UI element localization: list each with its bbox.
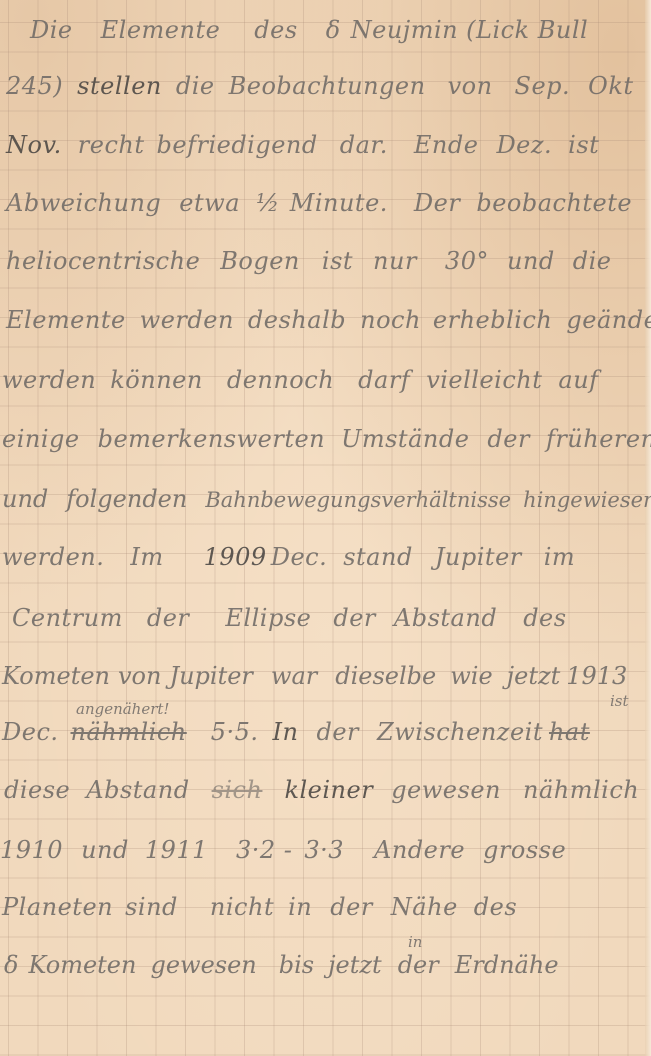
word: werden — [2, 366, 96, 394]
word: Elemente — [6, 306, 126, 334]
year: 1911 — [145, 836, 208, 864]
word: recht — [78, 131, 145, 159]
word: gewesen — [150, 951, 256, 979]
word: Die — [30, 16, 73, 44]
word: Ellipse — [225, 604, 311, 632]
word: In — [273, 718, 299, 746]
word: der — [147, 604, 190, 632]
word: deshalb — [248, 306, 346, 334]
word: Abstand — [86, 776, 189, 804]
word: Elemente — [101, 16, 221, 44]
word: (Lick Bull — [466, 16, 588, 44]
word: sind — [125, 893, 178, 921]
word: beobachtete — [476, 189, 632, 217]
word: nähmlich — [523, 776, 639, 804]
word: der — [398, 951, 439, 979]
text-line-7: werdenkönnendennochdarfvielleichtauf — [2, 366, 619, 394]
number: 5·5. — [211, 718, 259, 746]
word: des — [523, 604, 566, 632]
word: Neujmin — [351, 16, 459, 44]
text-line-5: heliocentrischeBogenistnur30°unddie — [6, 247, 632, 275]
word: und — [2, 485, 48, 513]
word: jetzt — [507, 662, 561, 690]
text-line-16: PlanetensindnichtinderNähedes — [2, 893, 537, 921]
text-line-15: 1910und19113·2 -3·3Anderegrosse — [0, 836, 586, 864]
word: Dec. — [2, 718, 59, 746]
text-line-10: werden.Im1909Dec.standJupiterim — [2, 543, 595, 571]
word: Okt — [588, 72, 633, 100]
word: werden — [140, 306, 234, 334]
word: Beobachtungen — [229, 72, 426, 100]
word: heliocentrische — [6, 247, 200, 275]
text-line-6: Elementewerdendeshalbnocherheblichgeände… — [6, 306, 651, 334]
word: Centrum — [12, 604, 123, 632]
text-line-11: CentrumderEllipsederAbstanddes — [12, 604, 587, 632]
word: jetzt — [328, 951, 382, 979]
word: stellen — [77, 72, 162, 100]
word: noch — [360, 306, 421, 334]
word: Sep. — [515, 72, 571, 100]
word: darf — [358, 366, 410, 394]
text-line-8: einigebemerkenswertenUmständederfrüheren — [2, 425, 651, 453]
notebook-page: DieElementedesδNeujmin(Lick Bull 245)ste… — [0, 0, 651, 1056]
struck-word: hat — [549, 718, 590, 746]
word: kleiner — [284, 776, 373, 804]
number: 30° — [445, 247, 489, 275]
word: der — [487, 425, 530, 453]
word: die — [176, 72, 215, 100]
word: befriedigend — [157, 131, 318, 159]
text-line-14: dieseAbstandsichkleinergewesennähmlich — [4, 776, 651, 804]
word: Planeten — [2, 893, 113, 921]
word: werden. — [2, 543, 104, 571]
word: dar. — [340, 131, 388, 159]
word: dieselbe — [335, 662, 436, 690]
word: Abstand — [394, 604, 497, 632]
word: 245) — [6, 72, 63, 100]
text-line-4: Abweichungetwa½Minute.Derbeobachtete — [6, 189, 651, 217]
word: des — [254, 16, 297, 44]
word: der — [316, 718, 359, 746]
word: war — [271, 662, 317, 690]
word: auf — [558, 366, 598, 394]
text-line-2: 245)stellendieBeobachtungenvonSep.Okt — [6, 72, 651, 100]
word: vielleicht — [426, 366, 542, 394]
word: Der — [414, 189, 460, 217]
word: Jupiter — [435, 543, 522, 571]
word: in — [288, 893, 312, 921]
word: nur — [373, 247, 417, 275]
word: geändert — [566, 306, 651, 334]
fraction: ½ — [256, 189, 280, 217]
word: grosse — [483, 836, 566, 864]
year: 1910 — [0, 836, 63, 864]
comet-symbol: δ — [326, 16, 341, 44]
word: Minute. — [290, 189, 388, 217]
word: diese — [4, 776, 70, 804]
word: bemerkenswerten — [98, 425, 326, 453]
word: des — [474, 893, 517, 921]
word: Kometen — [28, 951, 136, 979]
word: können — [110, 366, 203, 394]
word: Bahnbewegungsverhältnisse — [205, 488, 511, 512]
word: Bogen — [220, 247, 300, 275]
word: stand — [343, 543, 413, 571]
number: 3·3 — [304, 836, 344, 864]
word: Dez. — [496, 131, 552, 159]
word: Nov. — [6, 131, 62, 159]
word: Im — [130, 543, 163, 571]
word: im — [544, 543, 575, 571]
inserted-word-angenaehert: angenähert! — [76, 700, 169, 718]
word: Jupiter — [169, 662, 252, 690]
word: von — [448, 72, 493, 100]
word: der — [333, 604, 376, 632]
word: und — [507, 247, 555, 275]
text-line-3: Nov.rechtbefriedigenddar.EndeDez.ist — [6, 131, 619, 159]
page-edge — [645, 0, 651, 1056]
word: wie — [450, 662, 492, 690]
number: 3·2 - — [236, 836, 292, 864]
inserted-word-ist: ist — [610, 692, 629, 710]
word: bis — [279, 951, 314, 979]
comet-symbol: δ — [4, 951, 18, 979]
word: der — [330, 893, 373, 921]
word: Zwischenzeit — [377, 718, 543, 746]
text-line-12: KometenvonJupiterwardieselbewiejetzt1913 — [2, 662, 647, 690]
word: Abweichung — [6, 189, 161, 217]
word: dennoch — [227, 366, 334, 394]
word: Umstände — [341, 425, 469, 453]
word: früheren — [546, 425, 651, 453]
text-line-13: Dec.nähmlich5·5.InderZwischenzeithat — [2, 718, 610, 746]
word: und — [81, 836, 129, 864]
word: nicht — [210, 893, 274, 921]
word: hingewiesen — [523, 488, 651, 512]
word: Dec. — [271, 543, 328, 571]
struck-word: sich — [212, 776, 263, 804]
word: ist — [322, 247, 353, 275]
word: erheblich — [433, 306, 552, 334]
word: die — [573, 247, 612, 275]
word: einige — [2, 425, 80, 453]
text-line-17: δKometengewesenbisjetztderErdnähe — [4, 951, 579, 979]
word: Nähe — [391, 893, 458, 921]
word: ist — [568, 131, 599, 159]
word: Erdnähe — [455, 951, 559, 979]
year-corrected: 1909 — [204, 543, 267, 571]
word: Kometen — [2, 662, 110, 690]
word: Ende — [414, 131, 479, 159]
text-line-1: DieElementedesδNeujmin(Lick Bull — [30, 16, 608, 44]
struck-word: nähmlich — [71, 718, 187, 746]
word: Andere — [374, 836, 465, 864]
word: etwa — [179, 189, 240, 217]
text-line-9: undfolgendenBahnbewegungsverhältnissehin… — [2, 485, 651, 513]
inserted-word-in: in — [408, 933, 422, 951]
word: von — [118, 662, 161, 690]
word: folgenden — [66, 485, 187, 513]
word: gewesen — [391, 776, 501, 804]
year: 1913 — [566, 662, 627, 690]
